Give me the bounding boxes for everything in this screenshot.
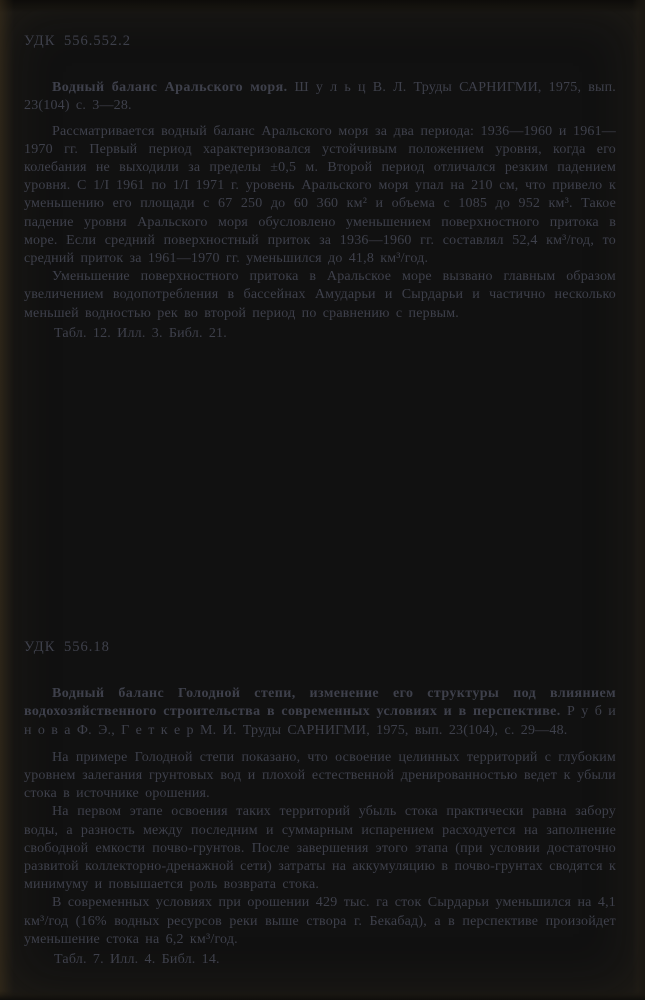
abstract-entry-golodnaya-steppe: УДК 556.18 Водный баланс Голодной степи,… bbox=[24, 638, 616, 969]
scan-edge-left bbox=[0, 0, 14, 1000]
entry-title: Водный баланс Аральского моря. Ш у л ь ц… bbox=[24, 79, 616, 115]
abstract-paragraph: Рассматривается водный баланс Аральского… bbox=[24, 123, 616, 269]
udc-code: УДК 556.18 bbox=[24, 638, 616, 656]
abstract-entry-aral-sea: УДК 556.552.2 Водный баланс Аральского м… bbox=[24, 32, 616, 343]
scan-edge-top bbox=[0, 0, 645, 13]
tables-illustrations-bibliography-line: Табл. 7. Илл. 4. Библ. 14. bbox=[24, 951, 616, 969]
scanned-page: УДК 556.552.2 Водный баланс Аральского м… bbox=[0, 0, 645, 1000]
abstract-paragraph: На первом этапе освоения таких территори… bbox=[24, 803, 616, 894]
scan-edge-bottom bbox=[0, 991, 645, 1000]
udc-code: УДК 556.552.2 bbox=[24, 32, 616, 50]
entry-title: Водный баланс Голодной степи, изменение … bbox=[24, 685, 616, 740]
tables-illustrations-bibliography-line: Табл. 12. Илл. 3. Библ. 21. bbox=[24, 325, 616, 343]
abstract-paragraph: В современных условиях при орошении 429 … bbox=[24, 894, 616, 949]
abstract-paragraph: Уменьшение поверхностного притока в Арал… bbox=[24, 268, 616, 323]
abstract-paragraph: На примере Голодной степи показано, что … bbox=[24, 749, 616, 804]
entry-title-bold: Водный баланс Голодной степи, изменение … bbox=[24, 686, 616, 719]
entry-title-bold: Водный баланс Аральского моря. bbox=[52, 80, 288, 95]
scan-edge-right bbox=[632, 0, 645, 1000]
